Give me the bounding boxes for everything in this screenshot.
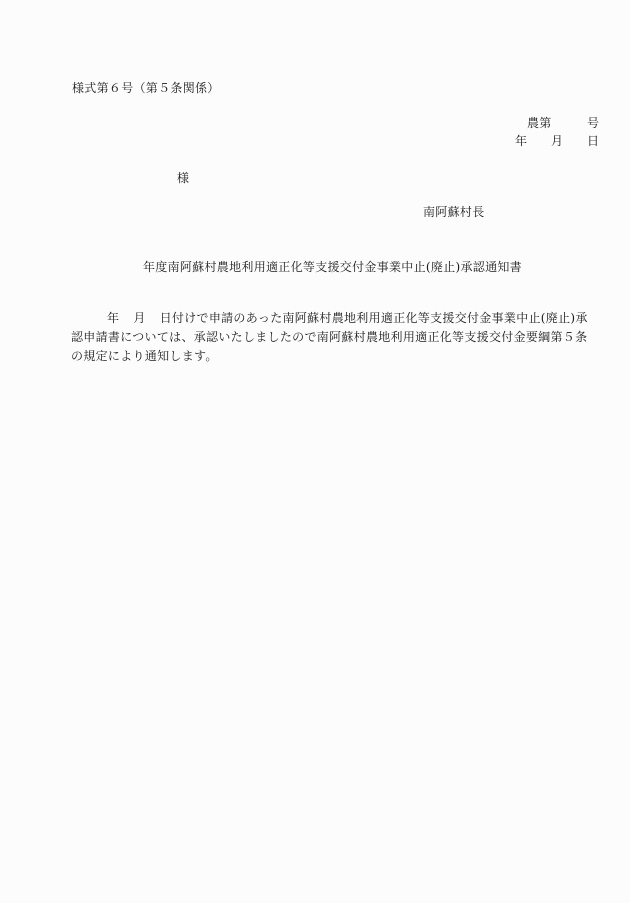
document-number-suffix: 号 [587,117,599,129]
body-line-1-text: 日付けで申請のあった南阿蘇村農地利用適正化等支援交付金事業中止(廃止)承 [160,311,588,325]
date-year-label: 年 [515,135,527,147]
body-date-year: 年 [107,311,119,325]
date-month-label: 月 [551,135,563,147]
body-date-month: 月 [133,311,145,325]
date-day-label: 日 [587,135,599,147]
body-line-3: の規定により通知します。 [71,347,571,366]
body-line-1: 年月日付けで申請のあった南阿蘇村農地利用適正化等支援交付金事業中止(廃止)承 [71,309,571,328]
addressee-honorific: 様 [177,172,189,184]
body-paragraph: 年月日付けで申請のあった南阿蘇村農地利用適正化等支援交付金事業中止(廃止)承 認… [71,309,571,366]
document-number-prefix: 農第 [527,117,552,129]
form-number: 様式第６号（第５条関係） [72,82,220,94]
document-title: 年度南阿蘇村農地利用適正化等支援交付金事業中止(廃止)承認通知書 [143,261,522,273]
body-line-2: 認申請書については、承認いたしましたので南阿蘇村農地利用適正化等支援交付金要綱第… [71,328,571,347]
sender-name: 南阿蘇村長 [423,206,485,218]
